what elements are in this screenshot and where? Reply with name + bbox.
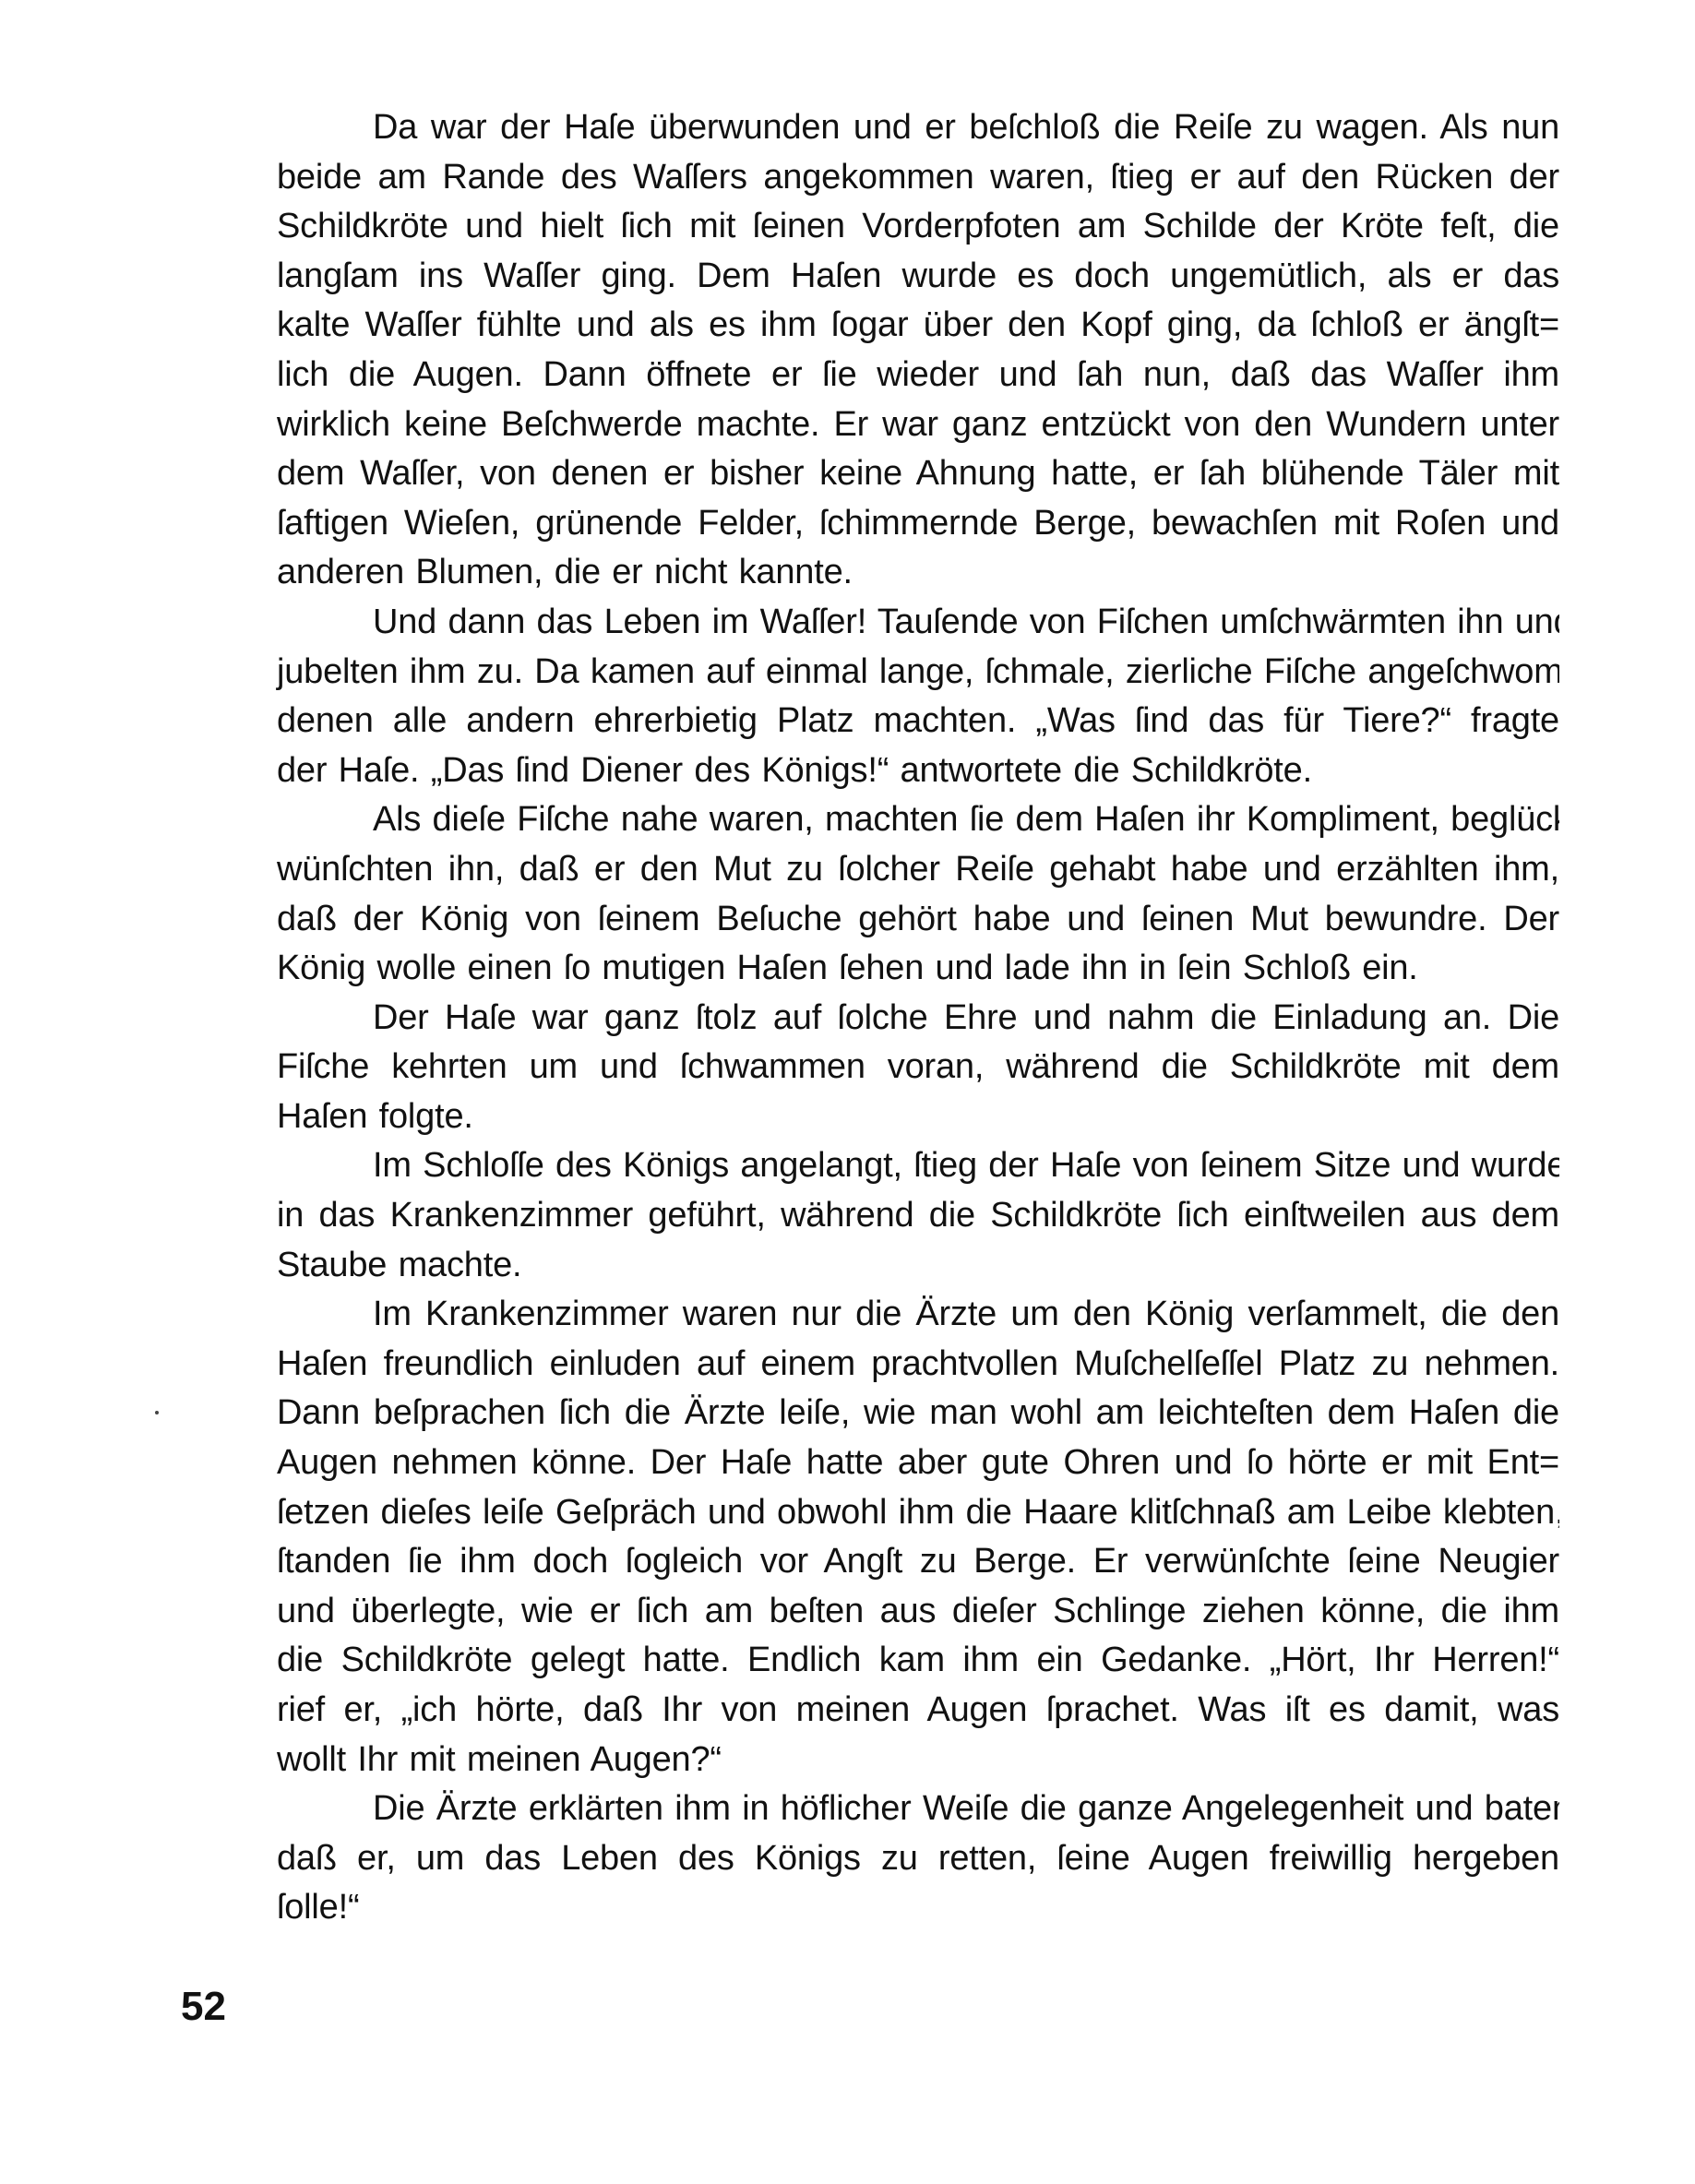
text-line: Haſen folgte. <box>181 1092 1559 1142</box>
text-line: Da war der Haſe überwunden und er beſchl… <box>181 103 1559 153</box>
paragraph-1: Da war der Haſe überwunden und er beſchl… <box>181 103 1559 598</box>
paragraph-2: Und dann das Leben im Waſſer! Tauſende v… <box>181 598 1559 795</box>
text-line: dem Waſſer, von denen er bisher keine Ah… <box>181 449 1559 499</box>
text-line: Im Krankenzimmer waren nur die Ärzte um … <box>181 1290 1559 1340</box>
text-line: Fiſche kehrten um und ſchwammen voran, w… <box>181 1043 1559 1092</box>
text-line: kalte Waſſer fühlte und als es ihm ſogar… <box>181 301 1559 351</box>
text-line: anderen Blumen, die er nicht kannte. <box>181 548 1559 598</box>
text-line: in das Krankenzimmer geführt, während di… <box>181 1191 1559 1241</box>
page-number: 52 <box>181 1984 226 2030</box>
text-line: König wolle einen ſo mutigen Haſen ſehen… <box>181 944 1559 994</box>
text-line: wünſchten ihn, daß er den Mut zu ſolcher… <box>181 845 1559 895</box>
paragraph-5: Im Schloſſe des Königs angelangt, ſtieg … <box>181 1141 1559 1290</box>
scan-speck <box>155 1411 159 1414</box>
text-line: Als dieſe Fiſche nahe waren, machten ſie… <box>181 795 1559 845</box>
text-line: Haſen freundlich einluden auf einem prac… <box>181 1340 1559 1390</box>
text-line: Und dann das Leben im Waſſer! Tauſende v… <box>181 598 1559 648</box>
text-line: Dann beſprachen ſich die Ärzte leiſe, wi… <box>181 1389 1559 1438</box>
text-line: daß der König von ſeinem Beſuche gehört … <box>181 895 1559 945</box>
text-line: ſtanden ſie ihm doch ſogleich vor Angſt … <box>181 1537 1559 1587</box>
text-line: beide am Rande des Waſſers angekommen wa… <box>181 153 1559 203</box>
text-line: lich die Augen. Dann öffnete er ſie wied… <box>181 351 1559 400</box>
text-line: denen alle andern ehrerbietig Platz mach… <box>181 697 1559 746</box>
text-line: ſetzen dieſes leiſe Geſpräch und obwohl … <box>181 1488 1559 1538</box>
text-line: Schildkröte und hielt ſich mit ſeinen Vo… <box>181 202 1559 252</box>
text-line: Die Ärzte erklärten ihm in höflicher Wei… <box>181 1784 1559 1834</box>
text-line: wirklich keine Beſchwerde machte. Er war… <box>181 400 1559 450</box>
text-line: jubelten ihm zu. Da kamen auf einmal lan… <box>181 648 1559 698</box>
text-line: ſaftigen Wieſen, grünende Felder, ſchimm… <box>181 499 1559 549</box>
paragraph-6: Im Krankenzimmer waren nur die Ärzte um … <box>181 1290 1559 1784</box>
text-line: ſolle!“ <box>181 1883 1559 1933</box>
text-line: Der Haſe war ganz ſtolz auf ſolche Ehre … <box>181 994 1559 1044</box>
text-line: daß er, um das Leben des Königs zu rette… <box>181 1834 1559 1884</box>
text-line: Im Schloſſe des Königs angelangt, ſtieg … <box>181 1141 1559 1191</box>
text-line: der Haſe. „Das ſind Diener des Königs!“ … <box>181 746 1559 796</box>
text-line: Augen nehmen könne. Der Haſe hatte aber … <box>181 1438 1559 1488</box>
paragraph-7: Die Ärzte erklärten ihm in höflicher Wei… <box>181 1784 1559 1933</box>
text-line: wollt Ihr mit meinen Augen?“ <box>181 1736 1559 1785</box>
paragraph-3: Als dieſe Fiſche nahe waren, machten ſie… <box>181 795 1559 993</box>
text-line: langſam ins Waſſer ging. Dem Haſen wurde… <box>181 252 1559 302</box>
page-body: Da war der Haſe überwunden und er beſchl… <box>181 103 1559 1933</box>
paragraph-4: Der Haſe war ganz ſtolz auf ſolche Ehre … <box>181 994 1559 1142</box>
text-line: rief er, „ich hörte, daß Ihr von meinen … <box>181 1686 1559 1736</box>
text-line: und überlegte, wie er ſich am beſten aus… <box>181 1587 1559 1637</box>
text-line: die Schildkröte gelegt hatte. Endlich ka… <box>181 1636 1559 1686</box>
text-line: Staube machte. <box>181 1241 1559 1291</box>
